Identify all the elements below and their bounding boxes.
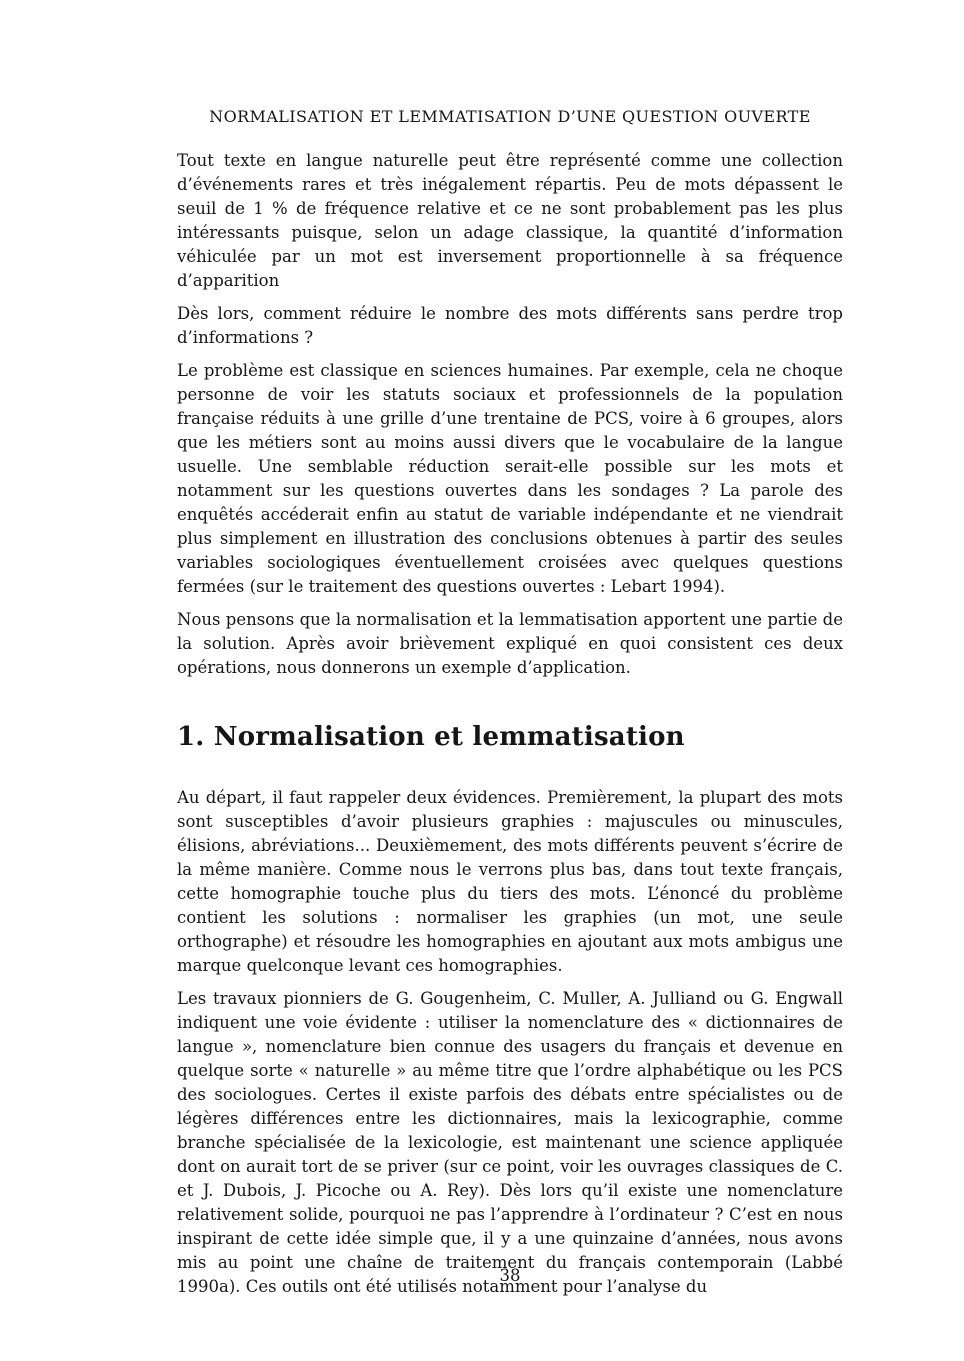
document-page: NORMALISATION ET LEMMATISATION D’UNE QUE…	[0, 0, 964, 1361]
paragraph: Les travaux pionniers de G. Gougenheim, …	[177, 987, 843, 1299]
paragraph: Le problème est classique en sciences hu…	[177, 359, 843, 599]
page-number: 38	[177, 1266, 843, 1285]
running-header: NORMALISATION ET LEMMATISATION D’UNE QUE…	[177, 107, 843, 126]
page-body: Tout texte en langue naturelle peut être…	[177, 149, 843, 1308]
paragraph: Au départ, il faut rappeler deux évidenc…	[177, 786, 843, 978]
paragraph: Tout texte en langue naturelle peut être…	[177, 149, 843, 293]
paragraph: Dès lors, comment réduire le nombre des …	[177, 302, 843, 350]
section-heading: 1. Normalisation et lemmatisation	[177, 722, 843, 752]
paragraph: Nous pensons que la normalisation et la …	[177, 608, 843, 680]
